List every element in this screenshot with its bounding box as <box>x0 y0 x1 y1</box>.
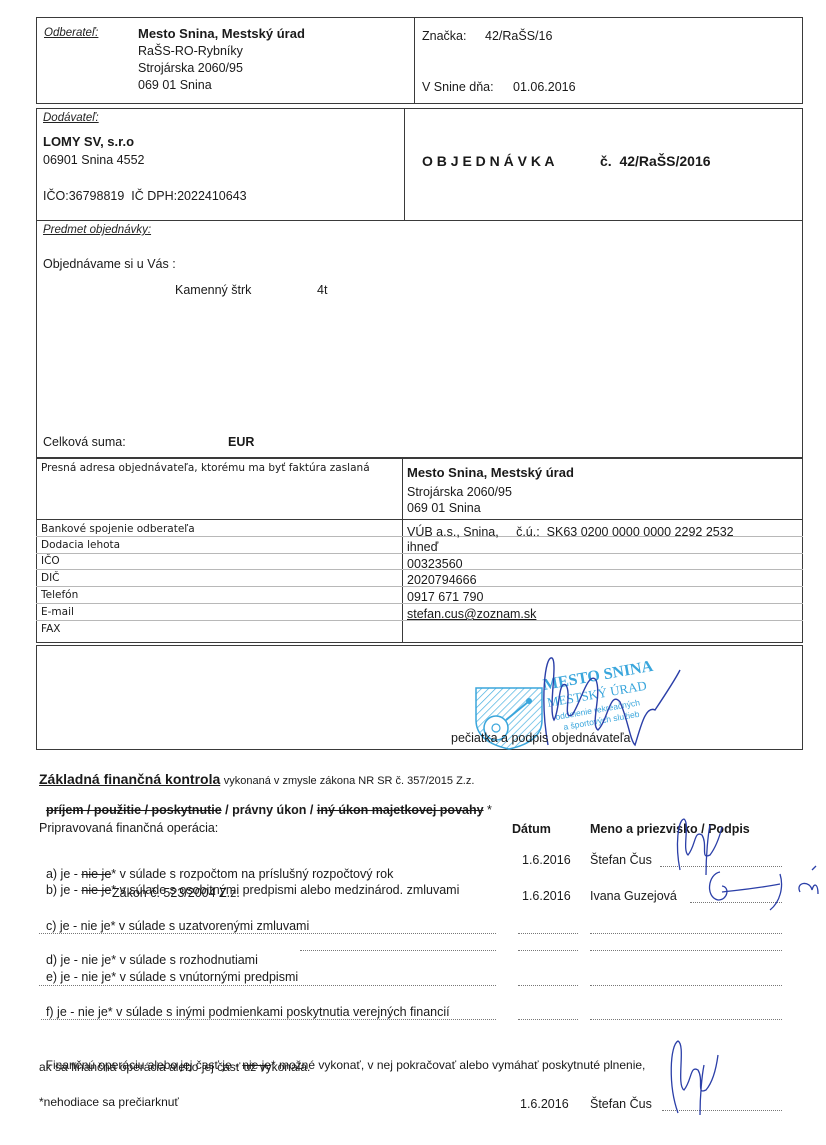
subject-intro: Objednávame si u Vás : <box>43 257 176 271</box>
total-currency: EUR <box>228 435 254 449</box>
row-label: FAX <box>41 623 60 635</box>
final-name: Štefan Čus <box>590 1097 652 1111</box>
control-title-suffix: vykonaná v zmysle zákona NR SR č. 357/20… <box>224 775 475 787</box>
prep-label: Pripravovaná finančná operácia: <box>39 821 218 835</box>
row-label: Dodacia lehota <box>41 539 120 551</box>
odberatel-line: RaŠS-RO-Rybníky <box>138 44 243 58</box>
order-title: O B J E D N Á V K A <box>422 153 555 169</box>
col-date-header: Dátum <box>512 822 551 836</box>
final-date: 1.6.2016 <box>520 1097 569 1111</box>
item-date: 1.6.2016 <box>522 853 571 867</box>
odberatel-line: 069 01 Snina <box>138 78 212 92</box>
supplier-label: Dodávateľ: <box>43 112 99 124</box>
supplier-address: 06901 Snina 4552 <box>43 153 144 167</box>
total-label: Celková suma: <box>43 435 126 449</box>
footnote: *nehodiace sa prečiarknuť <box>39 1095 179 1109</box>
signature-icon <box>660 1035 730 1115</box>
item-date: 1.6.2016 <box>522 889 571 903</box>
email-link[interactable]: stefan.cus@zoznam.sk <box>407 607 536 621</box>
row-label: DIČ <box>41 572 60 584</box>
struck-text: nie je <box>81 883 111 897</box>
order-quantity: 4t <box>317 283 327 297</box>
supplier-ids: IČO:36798819 IČ DPH:2022410643 <box>43 189 247 203</box>
row-value: 0917 671 790 <box>407 590 483 604</box>
item-text: * v súlade s vnútornými predpismi <box>111 970 298 984</box>
asterisk: * <box>484 803 492 817</box>
control-heading: Základná finančná kontrola vykonaná v zm… <box>39 771 474 787</box>
row-value: ihneď <box>407 540 438 554</box>
znacka-value: 42/RaŠS/16 <box>485 29 552 43</box>
invoice-address-line: 069 01 Snina <box>407 501 481 515</box>
date-value: 01.06.2016 <box>513 80 576 94</box>
item-text: * v súlade s uzatvorenými zmluvami <box>111 919 310 933</box>
row-value: 00323560 <box>407 557 463 571</box>
item-prefix: b) je - <box>46 883 81 897</box>
order-item: Kamenný štrk <box>175 283 251 297</box>
final-statement-line2: ak sa finančná operácia alebo jej časť u… <box>39 1060 310 1074</box>
invoice-address-label: Presná adresa objednávateľa, ktorému ma … <box>41 462 370 474</box>
control-item-c: c) je - nie je* v súlade s uzatvorenými … <box>39 905 309 933</box>
item-name: Ivana Guzejová <box>590 889 677 903</box>
struck-text: iný úkon majetkovej povahy <box>317 803 484 817</box>
row-label: Bankové spojenie odberateľa <box>41 523 195 535</box>
row-value: VÚB a.s., Snina, č.ú.: SK63 0200 0000 00… <box>407 525 734 539</box>
subject-label: Predmet objednávky: <box>43 224 151 236</box>
control-item-e: e) je - nie je* v súlade s vnútornými pr… <box>39 956 298 984</box>
control-item-f: f) je - nie je* v súlade s inými podmien… <box>39 991 450 1019</box>
row-label: IČO <box>41 555 60 567</box>
control-operation-type: príjem / použitie / poskytnutie / právny… <box>39 789 492 817</box>
separator: / <box>306 803 316 817</box>
kept-text: právny úkon <box>232 803 306 817</box>
separator: / <box>222 803 232 817</box>
item-prefix: e) je - nie je <box>46 970 111 984</box>
struck-text: príjem / použitie / poskytnutie <box>46 803 222 817</box>
item-prefix: f) je - nie je <box>46 1005 108 1019</box>
znacka-label: Značka: <box>422 29 466 43</box>
signature-icon <box>700 862 825 912</box>
control-title: Základná finančná kontrola <box>39 771 220 787</box>
control-item-b: b) je - nie je* v súlade s osobitnými pr… <box>39 869 459 897</box>
odberatel-line: Strojárska 2060/95 <box>138 61 243 75</box>
odberatel-name: Mesto Snina, Mestský úrad <box>138 26 305 41</box>
odberatel-label: Odberateľ: <box>44 27 98 39</box>
item-sub: Zákon č. 523/2004 Z.z. <box>112 886 240 900</box>
item-name: Štefan Čus <box>590 853 652 867</box>
invoice-address-name: Mesto Snina, Mestský úrad <box>407 465 574 480</box>
supplier-name: LOMY SV, s.r.o <box>43 134 134 149</box>
item-text: * v súlade s inými podmienkami poskytnut… <box>108 1005 450 1019</box>
final-text: * možné vykonať, v nej pokračovať alebo … <box>271 1058 645 1072</box>
invoice-address-line: Strojárska 2060/95 <box>407 485 512 499</box>
row-value: 2020794666 <box>407 573 477 587</box>
order-number: č. 42/RaŠS/2016 <box>600 153 711 169</box>
date-label: V Snine dňa: <box>422 80 494 94</box>
row-label: E-mail <box>41 606 74 618</box>
row-label: Telefón <box>41 589 78 601</box>
item-prefix: c) je - nie je <box>46 919 111 933</box>
stamp-caption: pečiatka a podpis objednávateľa <box>451 731 630 745</box>
